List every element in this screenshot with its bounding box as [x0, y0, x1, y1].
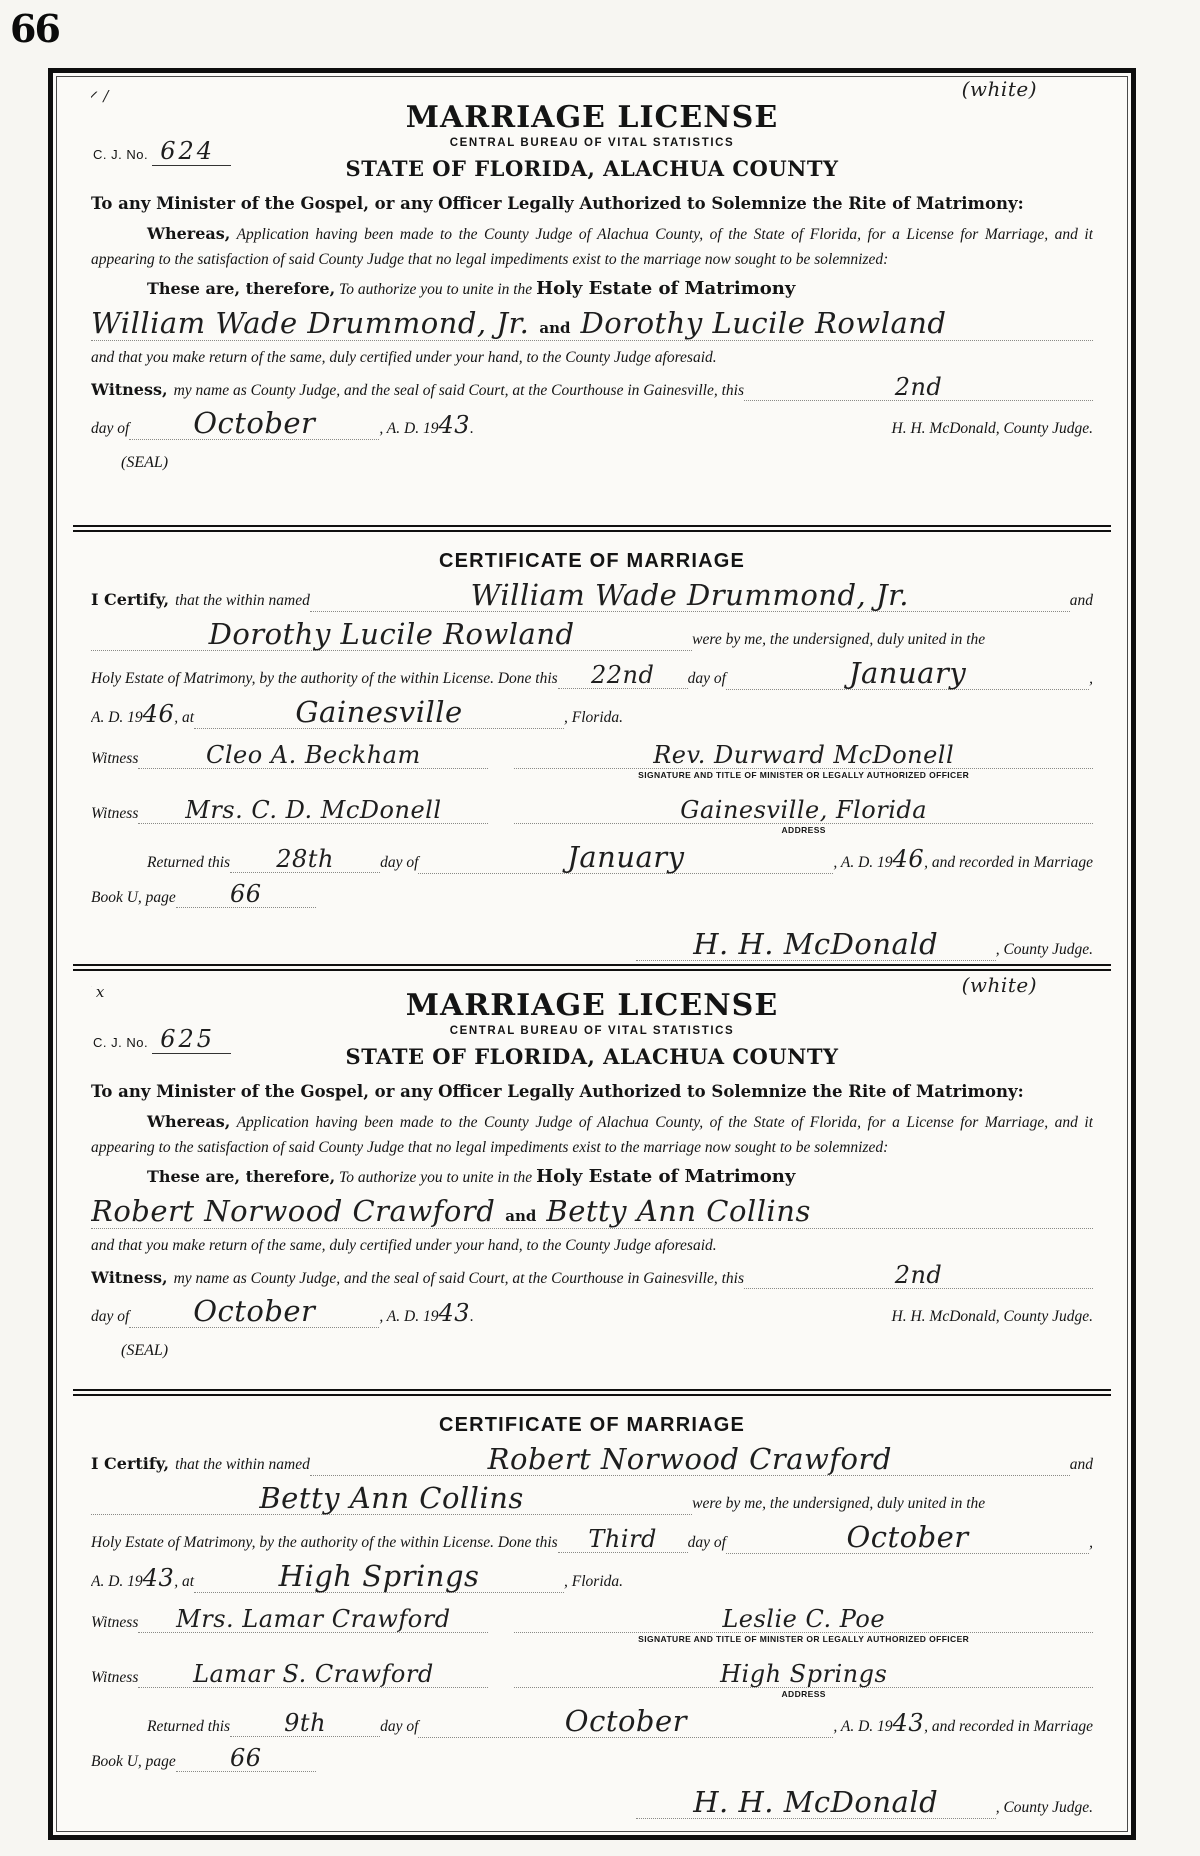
cert-month-handwritten: January	[726, 659, 1089, 690]
pen-check-marks: / x	[91, 983, 105, 1001]
marriage-license-1: ✓ / (white) MARRIAGE LICENSE CENTRAL BUR…	[91, 77, 1093, 523]
and-word: and	[505, 1207, 536, 1225]
cert-year-handwritten: 43	[143, 1566, 175, 1590]
day-of-label: day of	[91, 1308, 129, 1326]
bride-name-handwritten: Betty Ann Collins	[546, 1197, 810, 1226]
cert-groom-handwritten: William Wade Drummond, Jr.	[310, 581, 1070, 612]
cj-number-label: C. J. No.	[93, 147, 148, 162]
address-caption: ADDRESS	[514, 1689, 1093, 1699]
returned-month-handwritten: January	[418, 843, 833, 874]
pen-check-marks: ✓ /	[91, 87, 109, 105]
united-clause: were by me, the undersigned, duly united…	[692, 1495, 985, 1513]
whereas-paragraph: Whereas, Application having been made to…	[91, 1109, 1093, 1160]
witness2-handwritten: Mrs. C. D. McDonell	[138, 798, 488, 824]
section-divider	[73, 964, 1111, 971]
book-page-handwritten: 66	[176, 882, 316, 908]
license-day-handwritten: 2nd	[744, 1263, 1093, 1289]
salutation-line: To any Minister of the Gospel, or any Of…	[91, 194, 1093, 214]
bride-united-line: Betty Ann Collins were by me, the unders…	[91, 1484, 1093, 1515]
cj-number-handwritten: 625	[152, 1025, 231, 1054]
florida-label: , Florida.	[564, 1573, 623, 1591]
license-header: / x (white) MARRIAGE LICENSE CENTRAL BUR…	[91, 973, 1093, 1067]
couple-names-line: William Wade Drummond, Jr. and Dorothy L…	[91, 309, 1093, 341]
cert-day-of-label: day of	[688, 670, 726, 688]
day-of-label: day of	[91, 420, 129, 438]
certificate-title: CERTIFICATE OF MARRIAGE	[91, 534, 1093, 573]
license-day-handwritten: 2nd	[744, 375, 1093, 401]
certificate-of-marriage-1: CERTIFICATE OF MARRIAGE I Certify, that …	[91, 534, 1093, 962]
state-county-heading: STATE OF FLORIDA, ALACHUA COUNTY	[91, 158, 1093, 179]
cert-day-of-label: day of	[688, 1534, 726, 1552]
cert-month-handwritten: October	[726, 1523, 1089, 1554]
holy-clause: Holy Estate of Matrimony, by the authori…	[91, 1534, 558, 1552]
address-handwritten: High Springs	[514, 1662, 1093, 1688]
license-date-line: day of October , A. D. 19 43 . H. H. McD…	[91, 409, 1093, 440]
witness-clause: my name as County Judge, and the seal of…	[174, 1270, 744, 1288]
county-judge-printed-signature: H. H. McDonald, County Judge.	[892, 1308, 1093, 1326]
race-annotation-handwritten: (white)	[962, 975, 1037, 995]
salutation-line: To any Minister of the Gospel, or any Of…	[91, 1082, 1093, 1102]
cert-and-word: and	[1070, 592, 1093, 610]
judge-signature-row: H. H. McDonald , County Judge.	[91, 930, 1093, 961]
witness1-handwritten: Cleo A. Beckham	[138, 743, 488, 769]
certificate-title: CERTIFICATE OF MARRIAGE	[91, 1398, 1093, 1437]
and-word: and	[539, 319, 570, 337]
license-year-handwritten: 43	[438, 413, 470, 437]
witness-officiant-row: Witness Mrs. Lamar Crawford Leslie C. Po…	[91, 1607, 1093, 1644]
done-day-handwritten: Third	[558, 1527, 688, 1553]
cert-ad-label: A. D. 19	[91, 709, 143, 727]
witness-clause-line: Witness, my name as County Judge, and th…	[91, 375, 1093, 401]
bride-name-handwritten: Dorothy Lucile Rowland	[581, 309, 947, 338]
therefore-label: These are, therefore,	[147, 279, 335, 298]
bureau-subtitle: CENTRAL BUREAU OF VITAL STATISTICS	[91, 137, 1093, 149]
race-annotation-handwritten: (white)	[962, 79, 1037, 99]
returned-day-of-label: day of	[380, 1718, 418, 1736]
witness2-handwritten: Lamar S. Crawford	[138, 1662, 488, 1688]
therefore-line: These are, therefore, To authorize you t…	[91, 1162, 1093, 1191]
returned-day-handwritten: 28th	[230, 847, 380, 873]
witness-clause-line: Witness, my name as County Judge, and th…	[91, 1263, 1093, 1289]
address-handwritten: Gainesville, Florida	[514, 798, 1093, 824]
officiant-signature-block: Leslie C. Poe SIGNATURE AND TITLE OF MIN…	[514, 1607, 1093, 1644]
certify-clause: that the within named	[175, 1456, 310, 1474]
groom-name-handwritten: Robert Norwood Crawford	[91, 1197, 495, 1226]
witness-label: Witness,	[91, 1268, 168, 1287]
cert-place-handwritten: Gainesville	[194, 698, 564, 729]
certificate-of-marriage-2: CERTIFICATE OF MARRIAGE I Certify, that …	[91, 1398, 1093, 1832]
document-frame-inner: ✓ / (white) MARRIAGE LICENSE CENTRAL BUR…	[56, 76, 1128, 1832]
document-frame: ✓ / (white) MARRIAGE LICENSE CENTRAL BUR…	[48, 68, 1136, 1840]
returned-label: Returned this	[147, 854, 230, 872]
recorded-clause: , and recorded in Marriage	[924, 1718, 1093, 1736]
certify-clause: that the within named	[175, 592, 310, 610]
state-county-heading: STATE OF FLORIDA, ALACHUA COUNTY	[91, 1046, 1093, 1067]
cert-groom-handwritten: Robert Norwood Crawford	[310, 1445, 1070, 1476]
officiant-signature-handwritten: Rev. Durward McDonell	[514, 743, 1093, 769]
returned-line: Returned this 28th day of January , A. D…	[91, 843, 1093, 874]
done-this-line: Holy Estate of Matrimony, by the authori…	[91, 659, 1093, 690]
cert-place-handwritten: High Springs	[194, 1562, 564, 1593]
county-judge-printed-signature: H. H. McDonald, County Judge.	[892, 420, 1093, 438]
license-month-handwritten: October	[129, 1297, 379, 1328]
address-block: Gainesville, Florida ADDRESS	[514, 798, 1093, 835]
scanned-marriage-record-page: { "page": { "number": "66", "footer": "M…	[0, 0, 1200, 1856]
witness-clause: my name as County Judge, and the seal of…	[174, 382, 744, 400]
returned-line: Returned this 9th day of October , A. D.…	[91, 1707, 1093, 1738]
judge-signature-handwritten: H. H. McDonald	[636, 930, 996, 961]
license-date-line: day of October , A. D. 19 43 . H. H. McD…	[91, 1297, 1093, 1328]
cert-comma: ,	[1089, 1534, 1093, 1552]
cert-bride-handwritten: Betty Ann Collins	[91, 1484, 692, 1515]
whereas-text: Application having been made to the Coun…	[91, 226, 1093, 268]
seal-label: (SEAL)	[121, 454, 1093, 472]
whereas-text: Application having been made to the Coun…	[91, 1114, 1093, 1156]
witness1-label: Witness	[91, 750, 138, 768]
florida-label: , Florida.	[564, 709, 623, 727]
return-clause: and that you make return of the same, du…	[91, 1233, 1093, 1258]
witness-officiant-row: Witness Cleo A. Beckham Rev. Durward McD…	[91, 743, 1093, 780]
judge-signature-handwritten: H. H. McDonald	[636, 1788, 996, 1819]
holy-estate-text: Holy Estate of Matrimony	[536, 278, 795, 299]
marriage-license-2: / x (white) MARRIAGE LICENSE CENTRAL BUR…	[91, 973, 1093, 1387]
bride-united-line: Dorothy Lucile Rowland were by me, the u…	[91, 620, 1093, 651]
witness-address-row: Witness Mrs. C. D. McDonell Gainesville,…	[91, 798, 1093, 835]
license-year-handwritten: 43	[438, 1301, 470, 1325]
cj-number-handwritten: 624	[152, 137, 231, 166]
therefore-text: To authorize you to unite in the	[339, 1169, 532, 1186]
done-day-handwritten: 22nd	[558, 663, 688, 689]
address-block: High Springs ADDRESS	[514, 1662, 1093, 1699]
at-label: , at	[174, 709, 194, 727]
returned-year-handwritten: 43	[893, 1711, 925, 1735]
therefore-label: These are, therefore,	[147, 1167, 335, 1186]
cj-number-label: C. J. No.	[93, 1035, 148, 1050]
ad-period: .	[470, 1308, 474, 1326]
judge-caption: , County Judge.	[996, 941, 1093, 959]
officiant-signature-handwritten: Leslie C. Poe	[514, 1607, 1093, 1633]
whereas-paragraph: Whereas, Application having been made to…	[91, 221, 1093, 272]
ad-period: .	[470, 420, 474, 438]
groom-name-handwritten: William Wade Drummond, Jr.	[91, 309, 529, 338]
ad-label: , A. D. 19	[379, 1308, 438, 1326]
returned-label: Returned this	[147, 1718, 230, 1736]
recorded-clause: , and recorded in Marriage	[924, 854, 1093, 872]
certify-label: I Certify,	[91, 590, 169, 609]
cert-ad-label: A. D. 19	[91, 1573, 143, 1591]
page-number: 66	[10, 6, 59, 51]
therefore-text: To authorize you to unite in the	[339, 281, 532, 298]
cert-bride-handwritten: Dorothy Lucile Rowland	[91, 620, 692, 651]
returned-day-of-label: day of	[380, 854, 418, 872]
license-header: ✓ / (white) MARRIAGE LICENSE CENTRAL BUR…	[91, 77, 1093, 179]
officiant-caption: SIGNATURE AND TITLE OF MINISTER OR LEGAL…	[514, 770, 1093, 780]
holy-clause: Holy Estate of Matrimony, by the authori…	[91, 670, 558, 688]
address-caption: ADDRESS	[514, 825, 1093, 835]
returned-ad-label: , A. D. 19	[833, 854, 892, 872]
place-line: A. D. 19 46 , at Gainesville , Florida.	[91, 698, 1093, 729]
returned-day-handwritten: 9th	[230, 1711, 380, 1737]
cert-and-word: and	[1070, 1456, 1093, 1474]
bureau-subtitle: CENTRAL BUREAU OF VITAL STATISTICS	[91, 1025, 1093, 1037]
officiant-signature-block: Rev. Durward McDonell SIGNATURE AND TITL…	[514, 743, 1093, 780]
book-label: Book U, page	[91, 889, 176, 907]
cj-number-field: C. J. No. 624	[93, 137, 231, 165]
witness-address-row: Witness Lamar S. Crawford High Springs A…	[91, 1662, 1093, 1699]
return-clause: and that you make return of the same, du…	[91, 345, 1093, 370]
whereas-label: Whereas,	[147, 1112, 230, 1131]
united-clause: were by me, the undersigned, duly united…	[692, 631, 985, 649]
license-month-handwritten: October	[129, 409, 379, 440]
returned-ad-label: , A. D. 19	[833, 1718, 892, 1736]
whereas-label: Whereas,	[147, 224, 230, 243]
returned-month-handwritten: October	[418, 1707, 833, 1738]
license-title: MARRIAGE LICENSE	[91, 991, 1093, 1021]
certify-line: I Certify, that the within named William…	[91, 581, 1093, 612]
witness2-label: Witness	[91, 1669, 138, 1687]
judge-signature-row: H. H. McDonald , County Judge.	[91, 1788, 1093, 1819]
at-label: , at	[174, 1573, 194, 1591]
place-line: A. D. 19 43 , at High Springs , Florida.	[91, 1562, 1093, 1593]
judge-caption: , County Judge.	[996, 1799, 1093, 1817]
witness2-label: Witness	[91, 805, 138, 823]
section-divider	[73, 525, 1111, 532]
therefore-line: These are, therefore, To authorize you t…	[91, 274, 1093, 303]
certify-line: I Certify, that the within named Robert …	[91, 1445, 1093, 1476]
holy-estate-text: Holy Estate of Matrimony	[536, 1166, 795, 1187]
officiant-caption: SIGNATURE AND TITLE OF MINISTER OR LEGAL…	[514, 1634, 1093, 1644]
witness1-handwritten: Mrs. Lamar Crawford	[138, 1607, 488, 1633]
witness-label: Witness,	[91, 380, 168, 399]
couple-names-line: Robert Norwood Crawford and Betty Ann Co…	[91, 1197, 1093, 1229]
book-page-line: Book U, page 66	[91, 882, 1093, 908]
book-label: Book U, page	[91, 1753, 176, 1771]
seal-label: (SEAL)	[121, 1342, 1093, 1360]
certify-label: I Certify,	[91, 1454, 169, 1473]
cert-comma: ,	[1089, 670, 1093, 688]
done-this-line: Holy Estate of Matrimony, by the authori…	[91, 1523, 1093, 1554]
book-page-line: Book U, page 66	[91, 1746, 1093, 1772]
returned-year-handwritten: 46	[893, 847, 925, 871]
book-page-handwritten: 66	[176, 1746, 316, 1772]
section-divider	[73, 1389, 1111, 1396]
cert-year-handwritten: 46	[143, 702, 175, 726]
ad-label: , A. D. 19	[379, 420, 438, 438]
cj-number-field: C. J. No. 625	[93, 1025, 231, 1053]
witness1-label: Witness	[91, 1614, 138, 1632]
license-title: MARRIAGE LICENSE	[91, 103, 1093, 133]
